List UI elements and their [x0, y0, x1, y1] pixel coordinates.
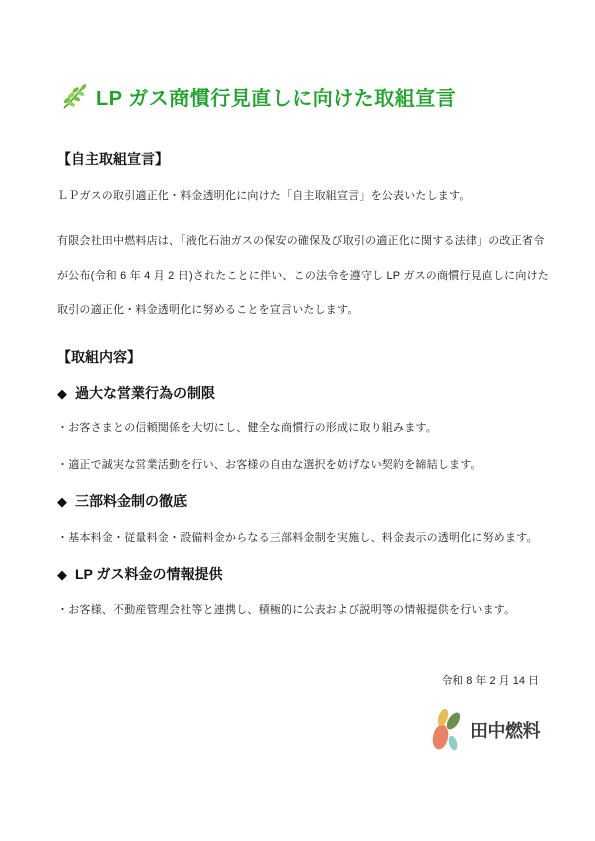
diamond-bullet-icon: ◆ [57, 567, 67, 583]
section-heading-declaration: 【自主取組宣言】 [57, 149, 169, 169]
initiative-title: 三部料金制の徹底 [75, 491, 187, 511]
declaration-body: 有限会社田中燃料店は、「液化石油ガスの保安の確保及び取引の適正化に関する法律」の… [57, 224, 549, 328]
declaration-body-line: 取引の適正化・料金透明化に努めることを宣言いたします。 [57, 293, 549, 328]
initiative-point: ・お客様、不動産管理会社等と連携し、積極的に公表および説明等の情報提供を行います… [57, 601, 515, 617]
initiative-title: 過大な営業行為の制限 [75, 383, 215, 403]
initiative-heading-sales-restriction: ◆ 過大な営業行為の制限 [57, 383, 215, 403]
leaf-sprig-icon [60, 83, 88, 111]
diamond-bullet-icon: ◆ [57, 386, 67, 402]
page-title: LP ガス商慣行見直しに向けた取組宣言 [96, 82, 456, 111]
document-date: 令和 8 年 2 月 14 日 [441, 672, 539, 688]
company-logo: 田中燃料 [431, 708, 540, 752]
document-page: LP ガス商慣行見直しに向けた取組宣言 【自主取組宣言】 ＬＰガスの取引適正化・… [0, 0, 595, 841]
declaration-body-line: 有限会社田中燃料店は、「液化石油ガスの保安の確保及び取引の適正化に関する法律」の… [57, 224, 549, 259]
diamond-bullet-icon: ◆ [57, 494, 67, 510]
declaration-body-line: が公布(令和 6 年 4 月 2 日)されたことに伴い、この法令を遵守し LP … [57, 259, 549, 294]
flame-logo-icon [431, 708, 461, 752]
initiative-title: LP ガス料金の情報提供 [75, 564, 223, 584]
document-header: LP ガス商慣行見直しに向けた取組宣言 [60, 82, 456, 111]
section-heading-initiatives: 【取組内容】 [57, 347, 141, 367]
initiative-heading-price-information: ◆ LP ガス料金の情報提供 [57, 564, 223, 584]
initiative-heading-three-part-pricing: ◆ 三部料金制の徹底 [57, 491, 187, 511]
declaration-intro: ＬＰガスの取引適正化・料金透明化に向けた「自主取組宣言」を公表いたします。 [57, 187, 471, 203]
initiative-point: ・基本料金・従量料金・設備料金からなる三部料金制を実施し、料金表示の透明化に努め… [57, 529, 538, 545]
company-name: 田中燃料 [470, 717, 540, 743]
initiative-point: ・適正で誠実な営業活動を行い、お客様の自由な選択を妨げない契約を締結します。 [57, 456, 482, 472]
initiative-point: ・お客さまとの信頼関係を大切にし、健全な商慣行の形成に取り組みます。 [57, 419, 437, 435]
